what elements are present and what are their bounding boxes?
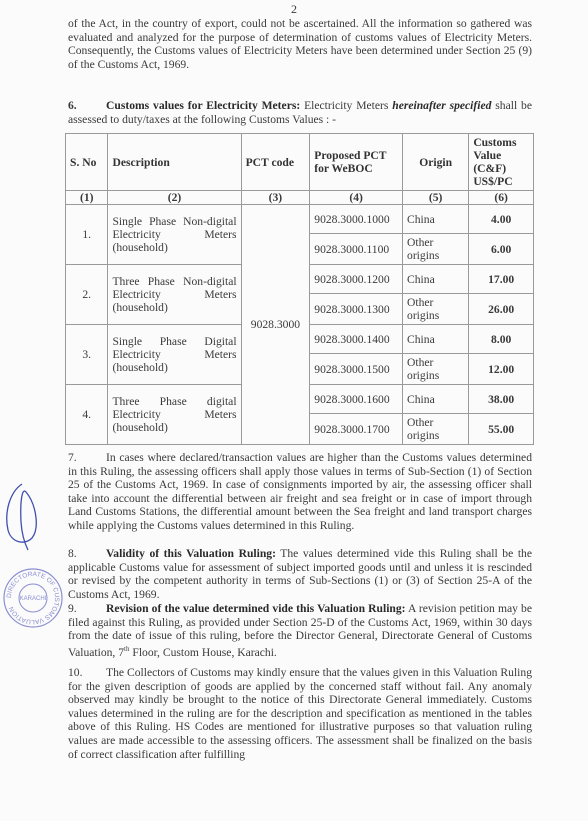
cell-customs-value: 26.00 [469, 294, 534, 325]
cell-description: Single Phase Non-digital Electricity Met… [108, 205, 241, 265]
cell-proposed-pct: 9028.3000.1000 [310, 205, 403, 234]
header-sno: S. No [66, 134, 108, 191]
cell-customs-value: 6.00 [469, 234, 534, 265]
table-header-row: S. No Description PCT code Proposed PCT … [66, 134, 534, 191]
header-pct-code: PCT code [241, 134, 310, 191]
cell-proposed-pct: 9028.3000.1700 [310, 414, 403, 445]
cell-origin: China [403, 385, 469, 414]
stamp-center-text: KARACHI [20, 596, 47, 602]
section-7: 7.In cases where declared/transaction va… [68, 451, 532, 533]
cell-description: Three Phase Non-digital Electricity Mete… [108, 265, 241, 325]
header-customs-value: Customs Value (C&F) US$/PC [469, 134, 534, 191]
index-cell: (3) [241, 191, 310, 205]
cell-customs-value: 12.00 [469, 354, 534, 385]
intro-paragraph: of the Act, in the country of export, co… [68, 17, 532, 71]
cell-sno: 4. [66, 385, 108, 445]
customs-values-table: S. No Description PCT code Proposed PCT … [65, 133, 534, 445]
section-8: 8.Validity of this Valuation Ruling: The… [68, 547, 532, 601]
cell-proposed-pct: 9028.3000.1100 [310, 234, 403, 265]
index-cell: (4) [310, 191, 403, 205]
cell-customs-value: 17.00 [469, 265, 534, 294]
cell-pct-code: 9028.3000 [241, 205, 310, 445]
section-6-heading: Customs values for Electricity Meters: [106, 99, 300, 112]
cell-description: Three Phase digital Electricity Meters (… [108, 385, 241, 445]
section-8-heading: Validity of this Valuation Ruling: [106, 547, 276, 560]
page-number: 2 [0, 2, 588, 17]
index-cell: (6) [469, 191, 534, 205]
section-9: 9.Revision of the value determined vide … [68, 602, 532, 659]
section-10-number: 10. [68, 666, 106, 680]
section-9-heading: Revision of the value determined vide th… [106, 602, 406, 615]
cell-origin: Other origins [403, 354, 469, 385]
header-description: Description [108, 134, 241, 191]
cell-proposed-pct: 9028.3000.1200 [310, 265, 403, 294]
cell-customs-value: 4.00 [469, 205, 534, 234]
cell-proposed-pct: 9028.3000.1600 [310, 385, 403, 414]
section-9-number: 9. [68, 602, 106, 616]
section-6-number: 6. [68, 99, 106, 113]
cell-origin: Other origins [403, 414, 469, 445]
cell-origin: China [403, 265, 469, 294]
cell-sno: 2. [66, 265, 108, 325]
section-10: 10.The Collectors of Customs may kindly … [68, 666, 532, 761]
section-8-number: 8. [68, 547, 106, 561]
cell-origin: Other origins [403, 294, 469, 325]
section-9-text-end: Floor, Custom House, Karachi. [129, 646, 276, 659]
cell-customs-value: 38.00 [469, 385, 534, 414]
cell-origin: China [403, 325, 469, 354]
table-row: 1.Single Phase Non-digital Electricity M… [66, 205, 534, 234]
header-origin: Origin [403, 134, 469, 191]
section-6-italic: hereinafter specified [392, 99, 491, 112]
cell-proposed-pct: 9028.3000.1400 [310, 325, 403, 354]
cell-origin: Other origins [403, 234, 469, 265]
cell-description: Single Phase Digital Electricity Meters … [108, 325, 241, 385]
cell-origin: China [403, 205, 469, 234]
index-cell: (2) [108, 191, 241, 205]
index-cell: (1) [66, 191, 108, 205]
signature-icon [2, 482, 42, 552]
header-proposed-pct: Proposed PCT for WeBOC [310, 134, 403, 191]
cell-proposed-pct: 9028.3000.1500 [310, 354, 403, 385]
section-6: 6.Customs values for Electricity Meters:… [68, 99, 532, 126]
cell-sno: 3. [66, 325, 108, 385]
section-7-text: In cases where declared/transaction valu… [68, 451, 532, 532]
cell-sno: 1. [66, 205, 108, 265]
section-7-number: 7. [68, 451, 106, 465]
index-cell: (5) [403, 191, 469, 205]
section-10-text: The Collectors of Customs may kindly ens… [68, 666, 532, 761]
section-6-text: Electricity Meters [300, 99, 392, 112]
cell-customs-value: 55.00 [469, 414, 534, 445]
table-index-row: (1) (2) (3) (4) (5) (6) [66, 191, 534, 205]
cell-customs-value: 8.00 [469, 325, 534, 354]
cell-proposed-pct: 9028.3000.1300 [310, 294, 403, 325]
customs-stamp-icon: DIRECTORATE OF CUSTOMS VALUATION KARACHI [2, 567, 64, 629]
